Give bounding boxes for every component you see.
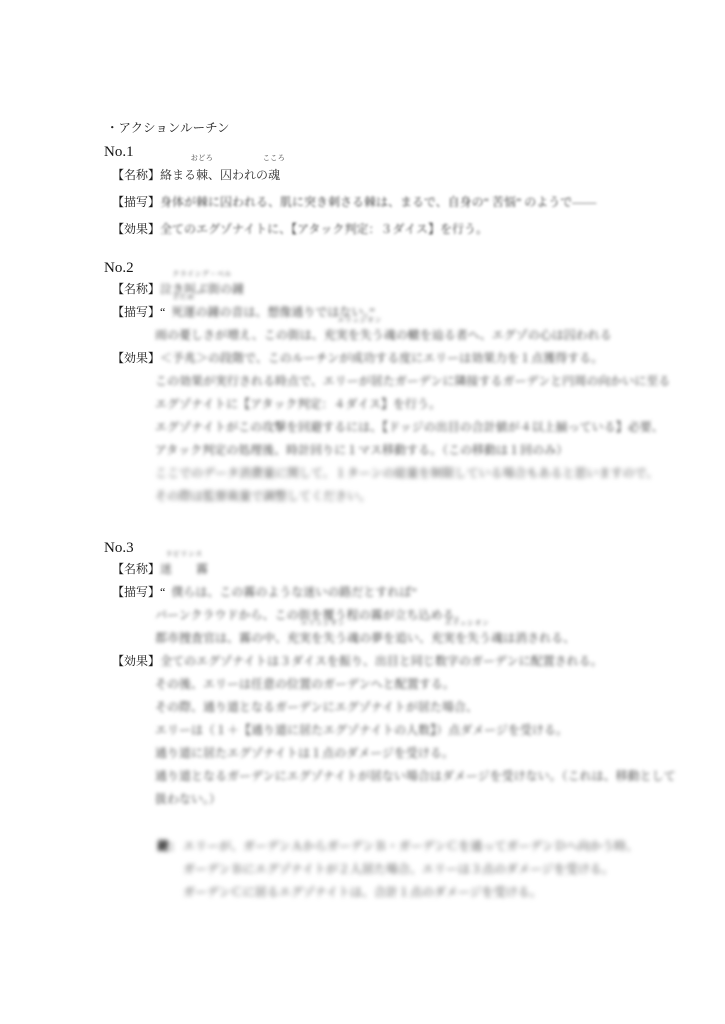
effect-line: ここでのデータ消費量に関して、１ターンの総量を制限している場合もあると思いますの… bbox=[104, 462, 684, 485]
description-row: 【描写】 “僕らは、この霧のような迷いの路だとすれば” bbox=[104, 581, 684, 604]
effect-line: ＜予兆＞の段階で、このルーチンが成功する度にエリーは効果力を１点獲得する。 bbox=[160, 347, 684, 370]
name-label: 【名称】 bbox=[112, 278, 160, 301]
furigana: クライング・ベル bbox=[172, 271, 232, 278]
quoted-line: 僕らは、この霧のような迷いの路だとすれば” bbox=[171, 585, 416, 599]
furigana: おどろ bbox=[191, 155, 214, 162]
furigana: こころ bbox=[263, 155, 286, 162]
description-label: 【描写】 bbox=[112, 301, 160, 324]
ruby-group: エリュシオン充実を失う魂 bbox=[287, 627, 359, 650]
name-part: 、囚われの bbox=[208, 168, 268, 182]
effect-line: 全てのエグゾナイトは３ダイスを振り、出目と同じ数字のガーデンに配置される。 bbox=[160, 650, 684, 673]
effect-label: 【効果】 bbox=[112, 650, 160, 673]
desc-part: の轍を辿る者へ、エグゾの心は囚われる bbox=[396, 328, 612, 342]
note-line: ガーデンＢにエグゾナイトが２人居た場合、エリーは３点のダメージを受ける。 bbox=[183, 858, 684, 881]
effect-line: その後、エリーは任意の位置のガーデンへと配置する。 bbox=[104, 673, 684, 696]
name-label: 【名称】 bbox=[112, 162, 160, 189]
open-quote: “ bbox=[160, 305, 165, 319]
description-row: 【描写】 身体が棘に囚われる、肌に突き刺さる棘は、まるで、自身の“ 苦悩” のよ… bbox=[104, 189, 684, 216]
note-block: 鍵： エリーが、ガーデンＡからガーデンＢ・ガーデンＣを通ってガーデンＤへ向かう時… bbox=[104, 835, 684, 904]
description-text: “さだめ死運の鐘の音は、想像通りではない。” bbox=[160, 301, 684, 324]
section-gap bbox=[104, 243, 684, 258]
effect-line: エグゾナイトに【アタック判定：４ダイス】を行う。 bbox=[104, 393, 684, 416]
document-body: ・アクションルーチン No.1 【名称】 絡まるおどろ棘、囚われのこころ魂 【描… bbox=[104, 120, 684, 904]
routine-name: ラビリンス迷 霧 bbox=[160, 558, 684, 581]
effect-label: 【効果】 bbox=[112, 216, 160, 243]
description-label: 【描写】 bbox=[112, 581, 160, 604]
furigana: ラビリンス bbox=[165, 551, 202, 558]
ruby-group: こころ魂 bbox=[268, 162, 280, 189]
furigana: エリュシオン bbox=[445, 620, 490, 627]
note-marker: 鍵： bbox=[157, 835, 183, 904]
desc-part: は消される、 bbox=[503, 631, 575, 645]
description-line3: 都市捜査官は、霧の中、エリュシオン充実を失う魂の夢を追い、エリュシオン充実を失う… bbox=[104, 627, 684, 650]
ruby-group: エリュシオン充実を失う魂 bbox=[431, 627, 503, 650]
desc-part: 死運 bbox=[171, 305, 195, 319]
section-no2: No.2 【名称】 クライング・ベル泣き叫ぶ街の鐘 【描写】 “さだめ死運の鐘の… bbox=[104, 258, 684, 508]
effect-line: 通り道に居たエグゾナイトは１点のダメージを受ける。 bbox=[104, 742, 684, 765]
routine-name: 絡まるおどろ棘、囚われのこころ魂 bbox=[160, 162, 684, 189]
furigana: エリュシオン bbox=[337, 317, 382, 324]
open-quote: “ bbox=[160, 585, 165, 599]
section-no1: No.1 【名称】 絡まるおどろ棘、囚われのこころ魂 【描写】 身体が棘に囚われ… bbox=[104, 142, 684, 243]
note-lines: エリーが、ガーデンＡからガーデンＢ・ガーデンＣを通ってガーデンＤへ向かう時、 ガ… bbox=[183, 835, 684, 904]
description-line2: バーンクラウドから、この街を覆う程の霧が立ち込める。 bbox=[104, 604, 684, 627]
description-text: 身体が棘に囚われる、肌に突き刺さる棘は、まるで、自身の“ 苦悩” のようで―― bbox=[160, 189, 684, 216]
name-part: 魂 bbox=[268, 168, 280, 182]
effect-row: 【効果】 全てのエグゾナイトに、【アタック判定：３ダイス】を行う。 bbox=[104, 216, 684, 243]
note-line: ガーデンＣに居るエグゾナイトは、合計１点のダメージを受ける。 bbox=[183, 881, 684, 904]
note-line: エリーが、ガーデンＡからガーデンＢ・ガーデンＣを通ってガーデンＤへ向かう時、 bbox=[183, 835, 684, 858]
section-gap bbox=[104, 508, 684, 538]
effect-line: その際、通り道となるガーデンにエグゾナイトが居た場合、 bbox=[104, 696, 684, 719]
list-heading: ・アクションルーチン bbox=[106, 120, 684, 136]
description-text: “僕らは、この霧のような迷いの路だとすれば” bbox=[160, 581, 684, 604]
effect-line: エリーは（１＋【通り道に居たエグゾナイトの人数】）点ダメージを受ける。 bbox=[104, 719, 684, 742]
routine-name: クライング・ベル泣き叫ぶ街の鐘 bbox=[160, 278, 684, 301]
name-label: 【名称】 bbox=[112, 558, 160, 581]
effect-text: 全てのエグゾナイトに、【アタック判定：３ダイス】を行う。 bbox=[160, 216, 684, 243]
effect-line: この効果が実行される時点で、エリーが居たガーデンに隣接するガーデンと円周の向かい… bbox=[104, 370, 684, 393]
name-row: 【名称】 絡まるおどろ棘、囚われのこころ魂 bbox=[104, 162, 684, 189]
desc-part: 雨の憂しさが増え、この街は、 bbox=[155, 328, 324, 342]
section-no3: No.3 【名称】 ラビリンス迷 霧 【描写】 “僕らは、この霧のような迷いの路… bbox=[104, 538, 684, 811]
desc-part: 充実を失う魂 bbox=[287, 631, 359, 645]
note-gap bbox=[104, 811, 684, 835]
description-line2: 雨の憂しさが増え、この街は、エリュシオン充実を失う魂の轍を辿る者へ、エグゾの心は… bbox=[104, 324, 684, 347]
ruby-group: ラビリンス迷 霧 bbox=[160, 558, 208, 581]
furigana: さだめ bbox=[172, 294, 195, 301]
effect-line: エグゾナイトがこの攻撃を回避するには、【ドッジの出目の合計値が４以上揃っている】… bbox=[104, 416, 684, 439]
name-part: 棘 bbox=[196, 168, 208, 182]
desc-part: 充実を失う魂 bbox=[324, 328, 396, 342]
name-part: 迷 霧 bbox=[160, 562, 208, 576]
effect-label: 【効果】 bbox=[112, 347, 160, 370]
description-label: 【描写】 bbox=[112, 189, 160, 216]
desc-part: 充実を失う魂 bbox=[431, 631, 503, 645]
ruby-group: エリュシオン充実を失う魂 bbox=[324, 324, 396, 347]
furigana: エリュシオン bbox=[301, 620, 346, 627]
effect-row: 【効果】 全てのエグゾナイトは３ダイスを振り、出目と同じ数字のガーデンに配置され… bbox=[104, 650, 684, 673]
ruby-group: おどろ棘 bbox=[196, 162, 208, 189]
desc-part: の夢を追い、 bbox=[359, 631, 431, 645]
ruby-group: さだめ死運 bbox=[171, 301, 195, 324]
name-part: 絡まる bbox=[160, 168, 196, 182]
desc-part: 都市捜査官は、霧の中、 bbox=[155, 631, 287, 645]
document-page: { "doc": { "heading": "・アクションルーチン", "quo… bbox=[0, 0, 725, 1024]
effect-row: 【効果】 ＜予兆＞の段階で、このルーチンが成功する度にエリーは効果力を１点獲得す… bbox=[104, 347, 684, 370]
description-row: 【描写】 “さだめ死運の鐘の音は、想像通りではない。” bbox=[104, 301, 684, 324]
effect-line: その際は監督裁量で調整してください。 bbox=[104, 485, 684, 508]
effect-line: アタック判定の処理後、時計回りに１マス移動する。（この移動は１回のみ） bbox=[104, 439, 684, 462]
name-row: 【名称】 ラビリンス迷 霧 bbox=[104, 558, 684, 581]
effect-line: 通り道となるガーデンにエグゾナイトが居ない場合はダメージを受けない。（これは、移… bbox=[104, 765, 684, 811]
